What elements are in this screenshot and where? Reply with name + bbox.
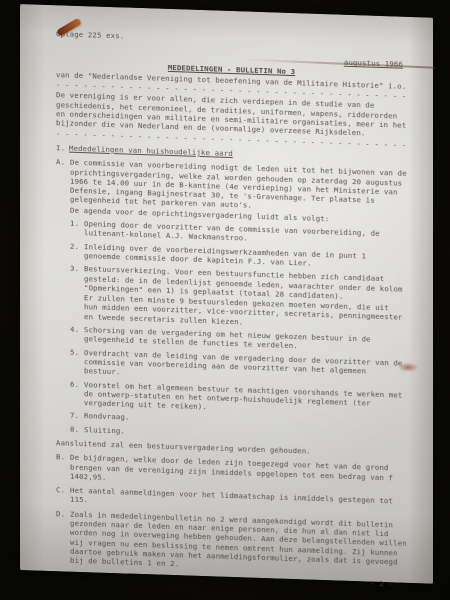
item-d-text: Zoals in mededelingenbulletin no 2 werd … — [70, 509, 407, 576]
item-a: A. De commissie van voorbereiding nodigt… — [56, 157, 407, 225]
typewritten-text: Oplage 225 exs. augustus 1966 MEDEDELING… — [20, 4, 433, 584]
item-a-body: De commissie van voorbereiding nodigt de… — [70, 158, 407, 210]
item-a-text: De commissie van voorbereiding nodigt de… — [70, 158, 407, 226]
agenda-item-1-number: 1. — [70, 219, 84, 238]
agenda-list: 1. Opening door de voorzitter van de com… — [70, 219, 407, 445]
item-b: B. De bijdragen, welke door de leden zij… — [56, 452, 407, 492]
item-d: D. Zoals in mededelingenbulletin no 2 we… — [56, 509, 407, 576]
agenda-item-4-number: 4. — [70, 325, 84, 344]
item-c-label: C. — [56, 485, 70, 504]
agenda-item-6-number: 6. — [70, 379, 84, 407]
agenda-item-3-text: Bestuursverkiezing. Voor een bestuursfun… — [84, 264, 407, 331]
item-b-label: B. — [56, 452, 70, 480]
item-b-text: De bijdragen, welke door de leden zijn t… — [70, 453, 407, 492]
agenda-item-8-number: 8. — [70, 424, 84, 434]
photo-background: Oplage 225 exs. augustus 1966 MEDEDELING… — [0, 0, 450, 600]
agenda-item-7-number: 7. — [70, 411, 84, 421]
agenda-item-3-number: 3. — [70, 264, 84, 321]
agenda-item-3: 3. Bestuursverkiezing. Voor een bestuurs… — [70, 264, 407, 332]
agenda-item-2-number: 2. — [70, 241, 84, 260]
item-a-label: A. — [56, 157, 70, 214]
section-heading-text: Mededelingen van huishoudelijke aard — [69, 144, 233, 159]
print-run: Oplage 225 exs. — [56, 29, 407, 50]
item-d-label: D. — [56, 509, 70, 565]
agenda-item-5-number: 5. — [70, 347, 84, 375]
section-number: I. — [56, 143, 69, 153]
date-text: augustus 1966 — [344, 58, 403, 69]
red-smudge — [398, 363, 418, 373]
paper-sheet: Oplage 225 exs. augustus 1966 MEDEDELING… — [20, 4, 433, 584]
